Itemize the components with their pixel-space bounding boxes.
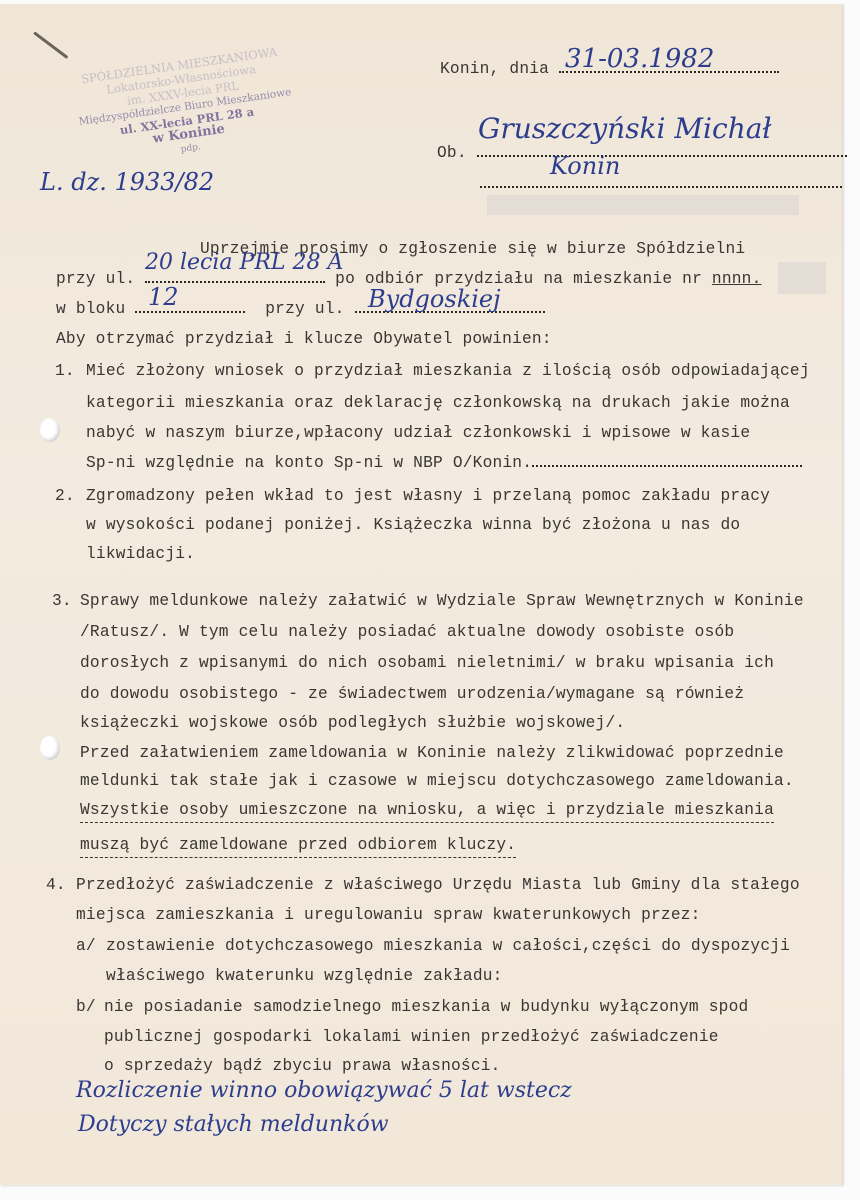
subitem-line: publicznej gospodarki lokalami winien pr… xyxy=(104,1028,719,1046)
place-label: Konin, dnia xyxy=(440,60,549,78)
recipient-line-2 xyxy=(480,175,842,193)
recipient-line: Ob. xyxy=(437,144,847,162)
przy-ul-label-2: przy ul. xyxy=(265,300,344,318)
item-line: Przed załatwieniem zameldowania w Konini… xyxy=(80,744,784,762)
item-line: Sp-ni względnie na konto Sp-ni w NBP O/K… xyxy=(86,454,802,472)
block-label: w bloku xyxy=(56,300,125,318)
handwritten-note-1: Rozliczenie winno obowiązywać 5 lat wste… xyxy=(76,1078,572,1103)
item-line: miejsca zamieszkania i uregulowaniu spra… xyxy=(76,906,701,924)
item-line-underlined: Wszystkie osoby umieszczone na wniosku, … xyxy=(80,801,774,823)
redacted-address xyxy=(487,195,799,215)
item-line: dorosłych z wpisanymi do nich osobami ni… xyxy=(80,654,774,672)
subitem-label: b/ xyxy=(76,998,96,1016)
street2-handwritten: Bydgoskiej xyxy=(368,285,501,313)
subitem-line: właściwego kwaterunku względnie zakładu: xyxy=(106,967,503,985)
item-line: książeczki wojskowe osób podległych służ… xyxy=(80,714,625,732)
address-dotted-field xyxy=(480,185,842,188)
handwritten-note-2: Dotyczy stałych meldunków xyxy=(78,1112,389,1137)
item-line: meldunki tak stałe jak i czasowe w miejs… xyxy=(80,772,794,790)
subitem-label: a/ xyxy=(76,937,96,955)
subitem-line: nie posiadanie samodzielnego mieszkania … xyxy=(104,998,748,1016)
item-line-underlined: muszą być zameldowane przed odbiorem klu… xyxy=(80,836,516,858)
item-line: Mieć złożony wniosek o przydział mieszka… xyxy=(86,362,810,380)
item-line: Zgromadzony pełen wkład to jest własny i… xyxy=(86,487,770,505)
subitem-line: zostawienie dotychczasowego mieszkania w… xyxy=(106,937,790,955)
item-line: kategorii mieszkania oraz deklarację czł… xyxy=(86,394,790,412)
punch-hole-top xyxy=(40,418,60,442)
ob-label: Ob. xyxy=(437,144,467,162)
reference-number-handwritten: L. dz. 1933/82 xyxy=(40,168,214,196)
flat-number: nnnn. xyxy=(712,270,762,288)
item-number: 4. xyxy=(46,876,66,894)
dotted-fill xyxy=(532,464,802,467)
punch-hole-bottom xyxy=(40,736,60,760)
item-line-text: Sp-ni względnie na konto Sp-ni w NBP O/K… xyxy=(86,454,532,472)
block-handwritten: 12 xyxy=(148,283,179,311)
item-line: w wysokości podanej poniżej. Książeczka … xyxy=(86,516,740,534)
przy-ul-label: przy ul. xyxy=(56,270,135,288)
subitem-line: o sprzedaży bądź zbyciu prawa własności. xyxy=(104,1057,501,1075)
item-line: nabyć w naszym biurze,wpłacony udział cz… xyxy=(86,424,750,442)
redacted-flat-number xyxy=(778,262,826,294)
item-line: do dowodu osobistego - ze świadectwem ur… xyxy=(80,685,744,703)
item-line: Przedłożyć zaświadczenie z właściwego Ur… xyxy=(76,876,800,894)
recipient-city-handwritten: Konin xyxy=(550,152,620,180)
item-line: Sprawy meldunkowe należy załatwić w Wydz… xyxy=(80,592,804,610)
date-handwritten: 31-03.1982 xyxy=(565,44,714,74)
item-number: 1. xyxy=(55,362,75,380)
item-number: 3. xyxy=(52,592,72,610)
street-handwritten: 20 lecia PRL 28 A xyxy=(145,250,343,275)
item-line: likwidacji. xyxy=(86,545,195,563)
item-number: 2. xyxy=(55,487,75,505)
recipient-name-handwritten: Gruszczyński Michał xyxy=(478,112,772,145)
item-line: /Ratusz/. W tym celu należy posiadać akt… xyxy=(80,623,734,641)
name-dotted-field xyxy=(477,154,847,157)
intro-line-4: Aby otrzymać przydział i klucze Obywatel… xyxy=(56,330,552,348)
